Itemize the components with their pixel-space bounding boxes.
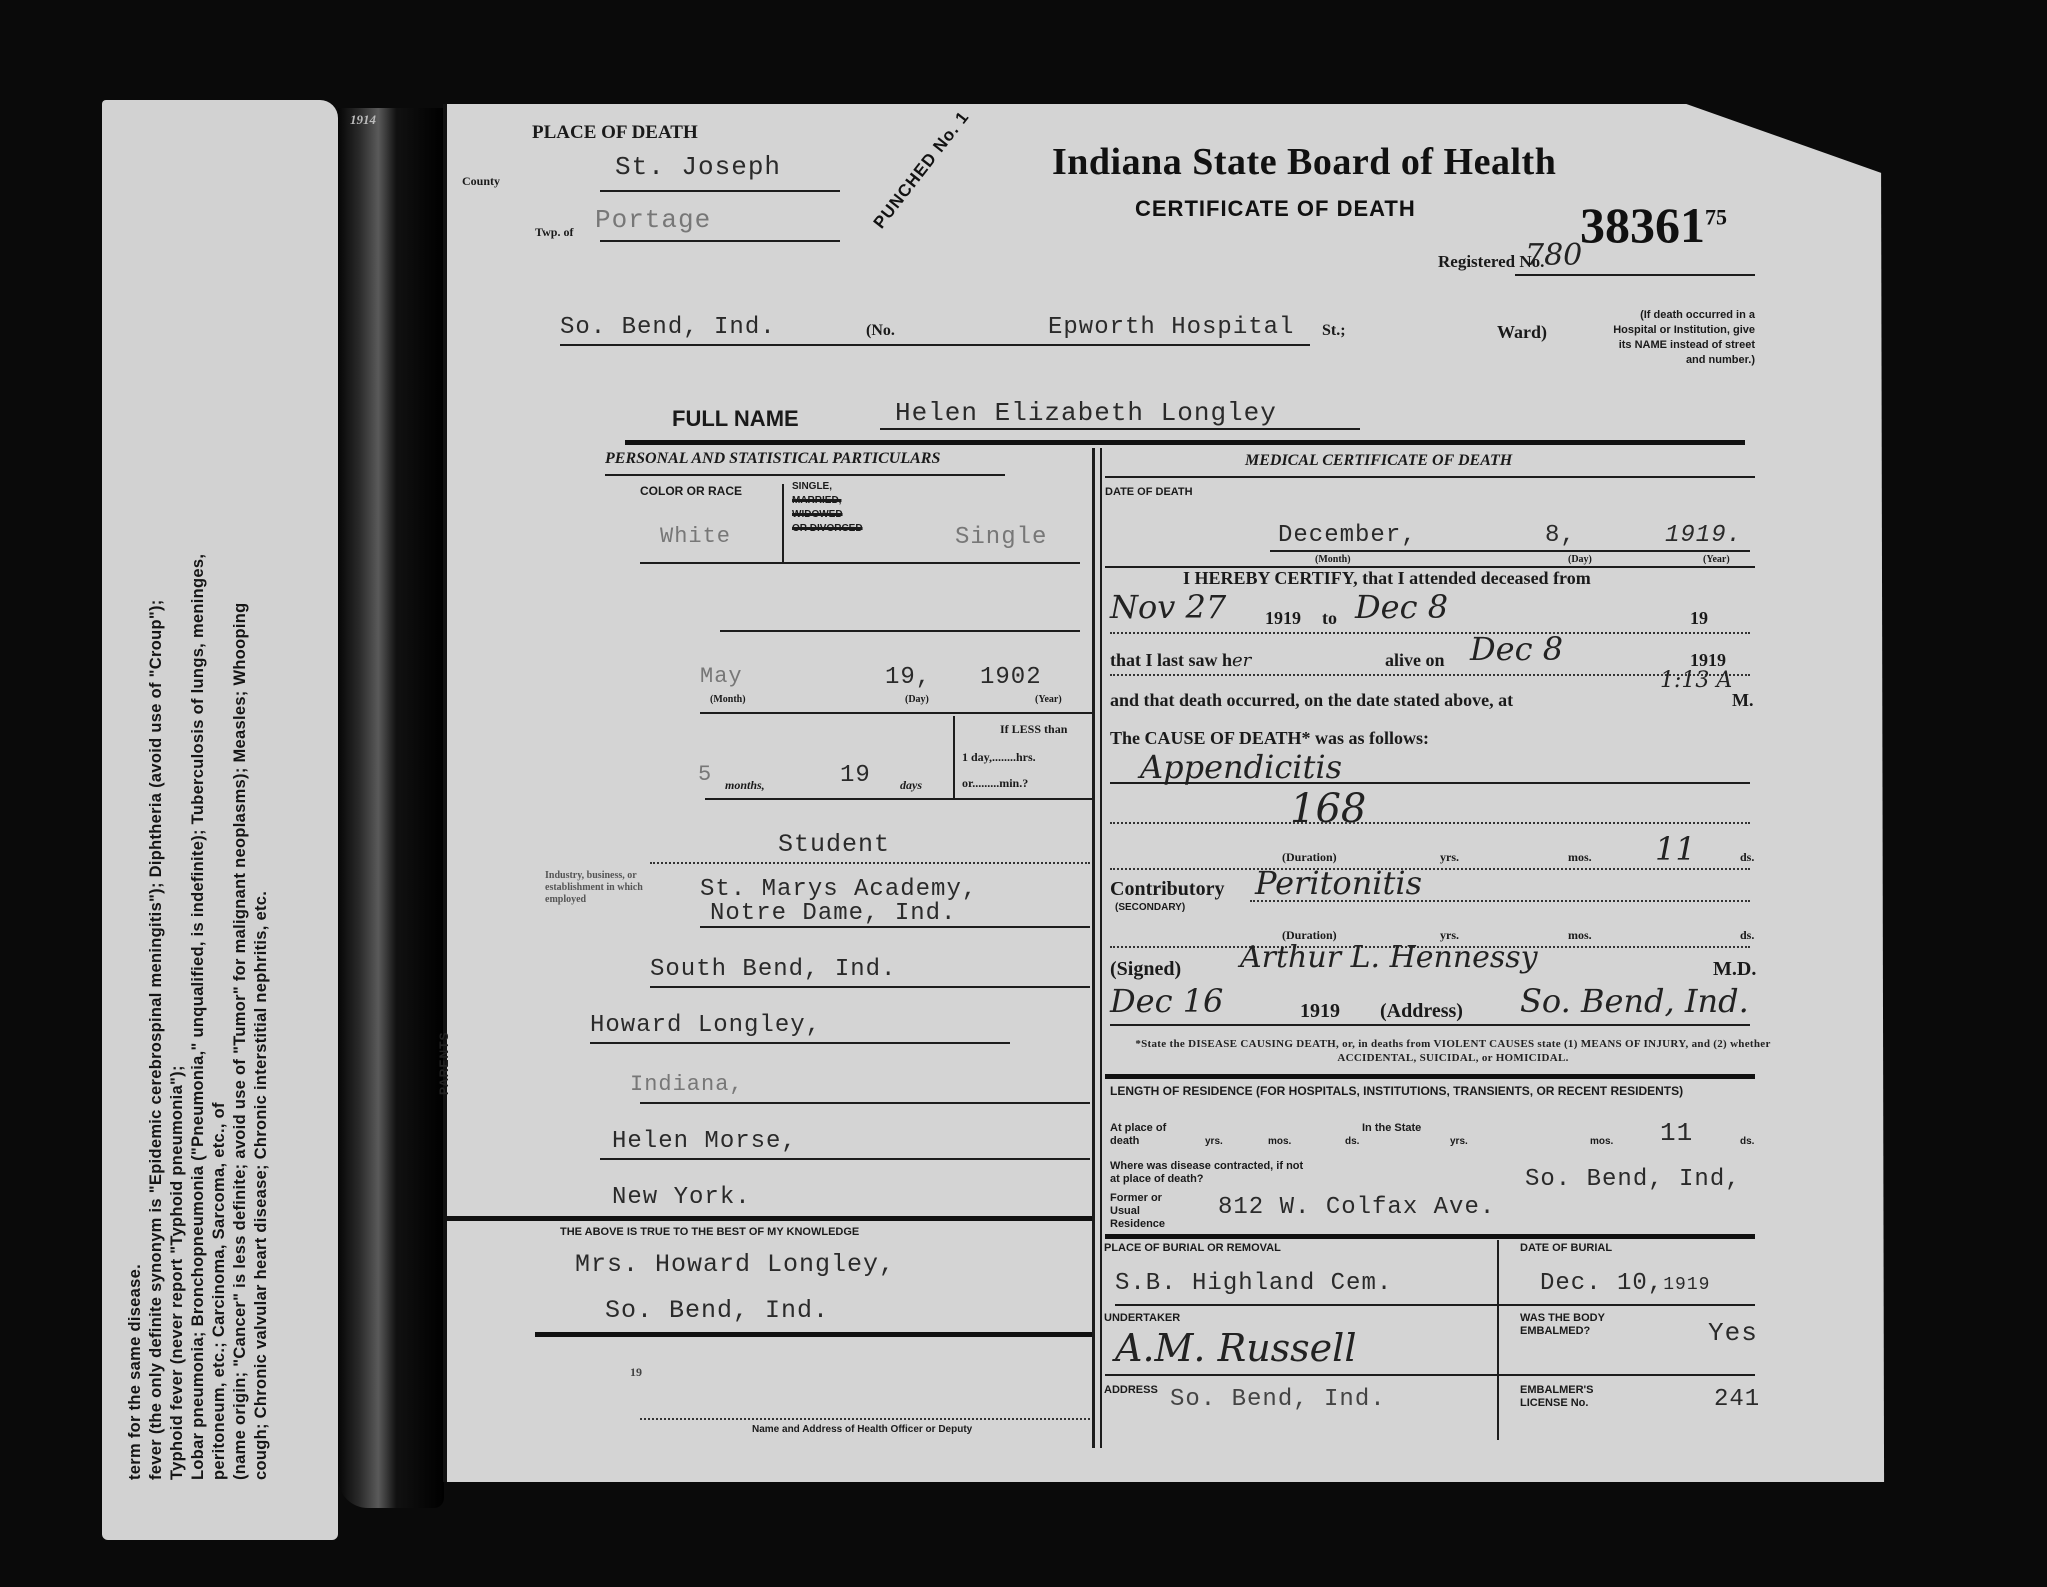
medical-section-title: MEDICAL CERTIFICATE OF DEATH [1245,452,1512,470]
certificate-title: CERTIFICATE OF DEATH [1135,196,1416,222]
birth-year-label: (Year) [1035,694,1062,705]
contracted-value: So. Bend, Ind, [1525,1166,1741,1193]
contributory-label: Contributory [1110,878,1224,901]
center-divider-inner [1100,448,1102,1448]
age-days-value: 19 [840,762,871,789]
race-divider [782,484,784,564]
secondary-label: (SECONDARY) [1115,902,1185,913]
birth-line [700,712,1095,714]
embalmed-value: Yes [1708,1318,1758,1348]
at-place-mos-label: mos. [1268,1136,1291,1147]
mother-birthplace-value: New York. [612,1184,751,1211]
color-race-value: White [660,524,731,549]
marital-line [640,562,1080,564]
residence-section-title: LENGTH OF RESIDENCE (FOR HOSPITALS, INST… [1110,1084,1760,1099]
occupation-line [650,862,1090,864]
signed-label: (Signed) [1110,958,1181,981]
alive-on-label: alive on [1385,650,1445,671]
footnote-divider [1105,1074,1755,1079]
color-race-label: COLOR OR RACE [640,484,742,498]
parents-label: PARENTS [437,1032,451,1095]
birth-day-value: 19, [885,664,931,691]
certify-text: I HEREBY CERTIFY, that I attended deceas… [1183,568,1591,589]
undertaker-label: UNDERTAKER [1104,1312,1180,1324]
signed-value: Arthur L. Hennessy [1240,940,1538,975]
certificate-number: 3836175 [1580,196,1727,254]
cause-label: The CAUSE OF DEATH* was as follows: [1110,728,1429,749]
state-days-value: 11 [1660,1118,1693,1148]
personal-title-line [605,474,1005,476]
cause-footnote: *State the DISEASE CAUSING DEATH, or, in… [1108,1037,1798,1065]
contributory-value: Peritonitis [1255,864,1422,902]
instruction-line: cough; Chronic valvular heart disease; C… [251,160,272,1480]
medical-title-line [1105,476,1755,478]
to-label: to [1322,608,1337,629]
burial-address-label: ADDRESS [1104,1384,1158,1396]
full-name-value: Helen Elizabeth Longley [895,398,1277,428]
marital-options: SINGLE, MARRIED, WIDOWED OR DIVORCED [792,480,863,536]
state-mos-label: mos. [1590,1136,1613,1147]
instruction-line: (name origin; "Cancer" is less definite;… [230,160,251,1480]
registered-no-line [1515,274,1755,276]
duration-ds-label: ds. [1740,850,1754,865]
burial-line [1115,1304,1755,1306]
burial-date-year: 1919 [1663,1275,1710,1295]
binding-strip: term for the same disease. fever (the on… [102,100,338,1540]
birth-month-value: May [700,664,743,689]
birth-line-top [720,630,1080,632]
attended-from-year: 1919 [1265,608,1301,629]
instruction-text: term for the same disease. fever (the on… [125,160,315,1480]
township-value: Portage [595,205,711,235]
instruction-line: fever (the only definite synonym is "Epi… [146,160,167,1480]
death-day-value: 8, [1545,522,1576,549]
employer-value-1: St. Marys Academy, [700,876,977,903]
contributory-line [1250,900,1750,902]
marital-option-widowed: WIDOWED [792,508,863,522]
cause-line-1 [1110,782,1750,784]
informant-title: THE ABOVE IS TRUE TO THE BEST OF MY KNOW… [560,1226,859,1238]
months-label: months, [725,778,765,793]
mother-value: Helen Morse, [612,1128,797,1155]
death-date-line [1270,550,1750,552]
m-label: M. [1732,690,1754,711]
last-saw-prefix: that I last saw h [1110,650,1232,670]
county-value: St. Joseph [615,152,781,182]
license-label: EMBALMER'S LICENSE No. [1520,1384,1640,1410]
full-name-line [880,428,1360,430]
cause-value: Appendicitis [1140,748,1342,786]
marital-option-divorced: OR DIVORCED [792,522,863,536]
death-year-label: (Year) [1703,554,1730,565]
health-officer-line [640,1418,1090,1420]
cause-duration-days: 11 [1655,830,1696,868]
marital-option-single: SINGLE, [792,480,863,494]
cause-code: 168 [1290,786,1366,832]
age-months-value: 5 [698,762,712,787]
informant-divider [445,1216,1095,1221]
undertaker-value: A.M. Russell [1115,1326,1356,1370]
less-than-label: If LESS than [1000,722,1067,737]
informant-value: Mrs. Howard Longley, [575,1250,895,1279]
state-ds-label: ds. [1740,1136,1754,1147]
township-line [600,240,840,242]
instruction-line: term for the same disease. [125,160,146,1480]
signed-date-value: Dec 16 [1110,982,1223,1020]
street-value: Epworth Hospital [1048,314,1294,341]
state-yrs-label: yrs. [1450,1136,1468,1147]
burial-date-value: Dec. 10,1919 [1540,1270,1710,1297]
undertaker-line [1105,1374,1755,1376]
informant-address-value: So. Bend, Ind. [605,1296,829,1325]
st-label: St.; [1322,322,1346,340]
certificate-number-value: 38361 [1580,197,1705,253]
informant-bottom-line [535,1332,1095,1337]
filed-label: 19 [630,1365,642,1380]
marital-value: Single [955,524,1047,551]
usual-residence-value: 812 W. Colfax Ave. [1218,1194,1495,1221]
age-divider [953,716,955,798]
father-birthplace-line [640,1102,1090,1104]
personal-section-title: PERSONAL AND STATISTICAL PARTICULARS [605,450,940,468]
burial-place-value: S.B. Highland Cem. [1115,1270,1392,1297]
father-birthplace-value: Indiana, [630,1072,744,1097]
duration-mos-label: mos. [1568,850,1592,865]
last-saw-pronoun: er [1232,650,1251,671]
signature-line [1110,1024,1750,1026]
medical-address-value: So. Bend, Ind. [1520,982,1749,1020]
md-label: M.D. [1713,958,1756,981]
at-place-yrs-label: yrs. [1205,1136,1223,1147]
death-time-value: 1:13 A [1660,668,1732,693]
county-label: County [462,174,500,189]
day-hrs-label: 1 day,........hrs. [962,750,1036,765]
father-value: Howard Longley, [590,1012,821,1039]
no-label: (No. [866,322,895,340]
birth-year-value: 1902 [980,664,1042,691]
death-month-value: December, [1278,522,1417,549]
contributory-mos-label: mos. [1568,928,1592,943]
days-label: days [900,778,922,793]
place-of-death-label: PLACE OF DEATH [532,122,698,144]
contracted-label: Where was disease contracted, if not at … [1110,1160,1310,1186]
duration-label: (Duration) [1282,850,1337,865]
license-value: 241 [1714,1386,1760,1413]
board-title: Indiana State Board of Health [1052,140,1556,184]
burial-address-value: So. Bend, Ind. [1170,1386,1386,1413]
at-place-label: At place of death [1110,1122,1170,1148]
attended-line [1110,632,1750,634]
page-left-edge [443,104,447,1482]
date-of-death-label: DATE OF DEATH [1105,486,1193,498]
duration-yrs-label: yrs. [1440,850,1459,865]
ward-label: Ward) [1497,322,1547,343]
contributory-ds-label: ds. [1740,928,1754,943]
attended-from-value: Nov 27 [1110,588,1226,626]
book-spine [338,108,444,1508]
death-year-value: 1919. [1665,522,1742,549]
employer-value-2: Notre Dame, Ind. [710,900,956,927]
birthplace-line [650,986,1090,988]
instruction-line: Typhoid fever (never report "Typhoid pne… [167,160,188,1480]
city-value: So. Bend, Ind. [560,314,776,341]
or-min-label: or.........min.? [962,776,1028,791]
duration-line [1110,868,1750,870]
age-line [705,798,1095,800]
hospital-note: (If death occurred in a Hospital or Inst… [1605,308,1755,368]
death-day-label: (Day) [1568,554,1592,565]
burial-divider [1497,1240,1499,1440]
certificate-number-suffix: 75 [1705,204,1727,229]
death-occurred-text: and that death occurred, on the date sta… [1110,690,1513,711]
birth-day-label: (Day) [905,694,929,705]
instruction-line: peritoneum, etc.; Carcinoma, Sarcoma, et… [209,160,230,1480]
in-state-label: In the State [1362,1122,1422,1135]
death-month-label: (Month) [1315,554,1351,565]
instruction-line: Lobar pneumonia; Bronchopneumonia ("Pneu… [188,160,209,1480]
last-saw-text: that I last saw her [1110,650,1251,671]
burial-date-text: Dec. 10, [1540,1270,1663,1297]
usual-residence-label: Former or Usual Residence [1110,1192,1190,1231]
residence-divider [1105,1234,1755,1239]
father-line [590,1042,1010,1044]
name-divider [625,440,1745,445]
birthplace-value: South Bend, Ind. [650,956,896,983]
occupation-value: Student [778,830,890,859]
marital-option-married: MARRIED, [792,494,863,508]
health-officer-label: Name and Address of Health Officer or De… [752,1424,972,1435]
mother-line [600,1158,1090,1160]
county-line [600,190,840,192]
full-name-label: FULL NAME [672,406,799,432]
signed-year-value: 1919 [1300,1000,1340,1023]
address-label: (Address) [1380,1000,1463,1023]
last-saw-value: Dec 8 [1470,630,1563,668]
burial-place-label: PLACE OF BURIAL OR REMOVAL [1104,1242,1281,1254]
burial-date-label: DATE OF BURIAL [1520,1242,1612,1254]
at-place-ds-label: ds. [1345,1136,1359,1147]
spine-label: 1914 [350,112,376,128]
street-line [560,344,1310,346]
employer-line [700,926,1090,928]
embalmed-label: WAS THE BODY EMBALMED? [1520,1312,1660,1338]
center-divider [1092,448,1095,1448]
attended-to-value: Dec 8 [1355,588,1448,626]
birth-month-label: (Month) [710,694,746,705]
cause-line-2 [1110,822,1750,824]
registered-no-value: 780 [1525,238,1582,273]
employer-label: Industry, business, or establishment in … [545,870,645,906]
attended-to-year: 19 [1690,608,1708,629]
last-saw-line [1110,674,1750,676]
township-label: Twp. of [535,225,573,240]
